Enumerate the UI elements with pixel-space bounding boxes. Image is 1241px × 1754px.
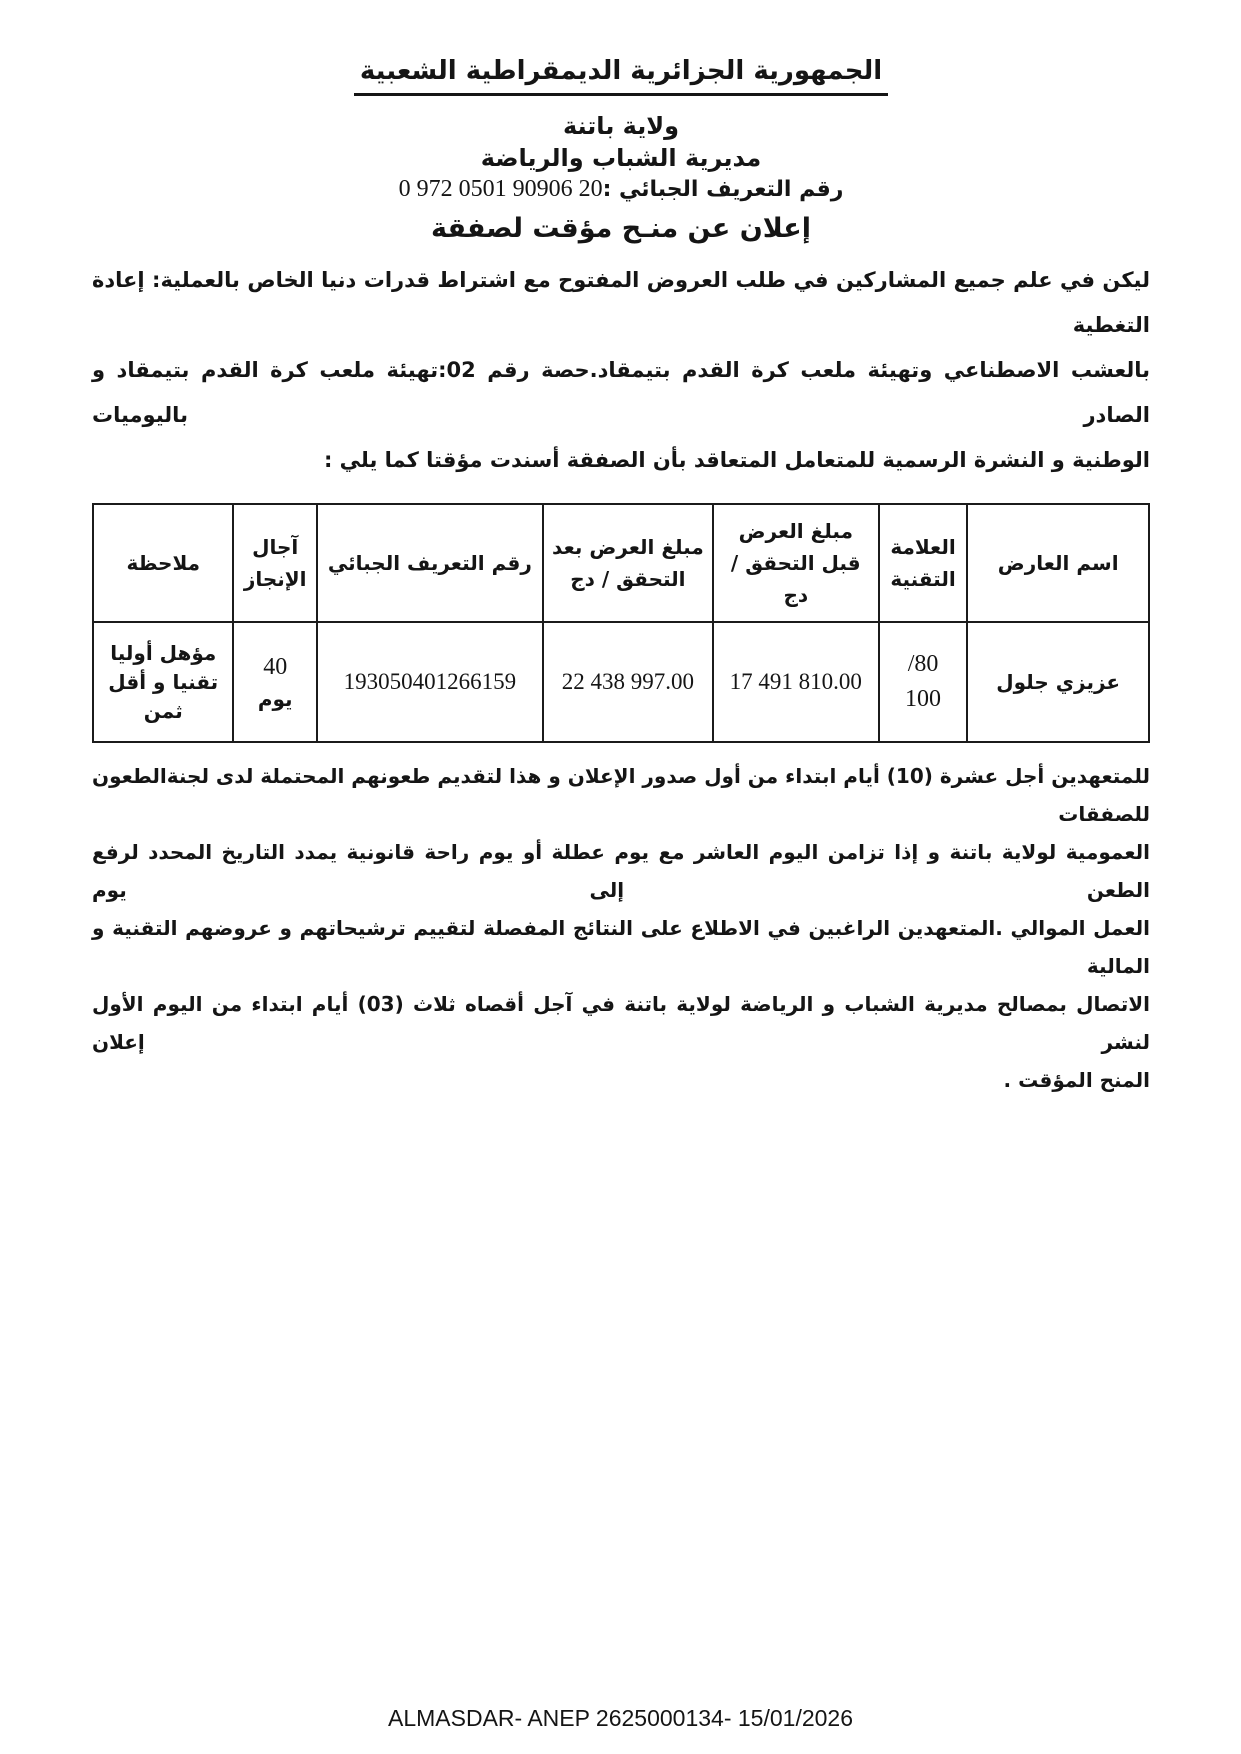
amount-before-value: 17 491 810.00 bbox=[730, 665, 862, 698]
cell-technical-mark: /80 100 bbox=[879, 622, 968, 742]
intro-line: بالعشب الاصطناعي وتهيئة ملعب كرة القدم ب… bbox=[92, 348, 1150, 438]
header-tax-id: رقم التعريف الجبائي bbox=[317, 504, 543, 622]
closing-line: المنح المؤقت . bbox=[92, 1061, 1150, 1099]
closing-line: الاتصال بمصالح مديرية الشباب و الرياضة ل… bbox=[92, 985, 1150, 1061]
header-amount-after-check: مبلغ العرض بعد التحقق / دج bbox=[543, 504, 713, 622]
anep-footer-credit: ALMASDAR- ANEP 2625000134- 15/01/2026 bbox=[0, 1705, 1241, 1732]
intro-line: الوطنية و النشرة الرسمية للمتعامل المتعا… bbox=[92, 438, 1150, 483]
cell-bidder-name: عزيزي جلول bbox=[967, 622, 1149, 742]
table-header-row: اسم العارض العلامة التقنية مبلغ العرض قب… bbox=[93, 504, 1149, 622]
deadline-unit: يوم bbox=[240, 685, 309, 714]
header-amount-before-check: مبلغ العرض قبل التحقق / دج bbox=[713, 504, 879, 622]
tax-id-number: 193050401266159 bbox=[344, 665, 517, 698]
tax-id-label: رقم التعريف الجبائي : bbox=[603, 177, 844, 202]
closing-line: العمل الموالي .المتعهدين الراغبين في الا… bbox=[92, 909, 1150, 985]
cell-tax-id: 193050401266159 bbox=[317, 622, 543, 742]
closing-paragraph: للمتعهدين أجل عشرة (10) أيام ابتداء من أ… bbox=[92, 757, 1150, 1099]
cell-amount-before-check: 17 491 810.00 bbox=[713, 622, 879, 742]
cell-completion-deadline: 40 يوم bbox=[233, 622, 316, 742]
table-row: عزيزي جلول /80 100 17 491 810.00 22 438 … bbox=[93, 622, 1149, 742]
award-table: اسم العارض العلامة التقنية مبلغ العرض قب… bbox=[92, 503, 1150, 743]
document-header: الجمهورية الجزائرية الديمقراطية الشعبية … bbox=[92, 56, 1150, 244]
tax-id-line: رقم التعريف الجبائي :0 972 0501 90906 20 bbox=[92, 176, 1150, 203]
header-bidder-name: اسم العارض bbox=[967, 504, 1149, 622]
announcement-title: إعلان عن منـح مؤقت لصفقة bbox=[92, 213, 1150, 244]
wilaya-name: ولاية باتنة bbox=[92, 112, 1150, 140]
scanned-announcement-page: الجمهورية الجزائرية الديمقراطية الشعبية … bbox=[0, 0, 1241, 1754]
cell-amount-after-check: 22 438 997.00 bbox=[543, 622, 713, 742]
intro-paragraph: ليكن في علم جميع المشاركين في طلب العروض… bbox=[92, 258, 1150, 483]
amount-after-value: 22 438 997.00 bbox=[562, 665, 694, 698]
header-completion-deadline: آجال الإنجاز bbox=[233, 504, 316, 622]
technical-mark-numerator: /80 bbox=[886, 647, 961, 682]
republic-title: الجمهورية الجزائرية الديمقراطية الشعبية bbox=[354, 56, 888, 96]
header-note: ملاحظة bbox=[93, 504, 233, 622]
technical-mark-denominator: 100 bbox=[886, 682, 961, 717]
closing-line: للمتعهدين أجل عشرة (10) أيام ابتداء من أ… bbox=[92, 757, 1150, 833]
tax-id-value: 0 972 0501 90906 20 bbox=[399, 176, 603, 203]
cell-note: مؤهل أوليا تقنيا و أقل ثمن bbox=[93, 622, 233, 742]
intro-line: ليكن في علم جميع المشاركين في طلب العروض… bbox=[92, 258, 1150, 348]
header-technical-mark: العلامة التقنية bbox=[879, 504, 968, 622]
document-content: الجمهورية الجزائرية الديمقراطية الشعبية … bbox=[0, 0, 1241, 1099]
closing-line: العمومية لولاية باتنة و إذا تزامن اليوم … bbox=[92, 833, 1150, 909]
directorate-name: مديرية الشباب والرياضة bbox=[92, 144, 1150, 172]
deadline-number: 40 bbox=[240, 650, 309, 685]
